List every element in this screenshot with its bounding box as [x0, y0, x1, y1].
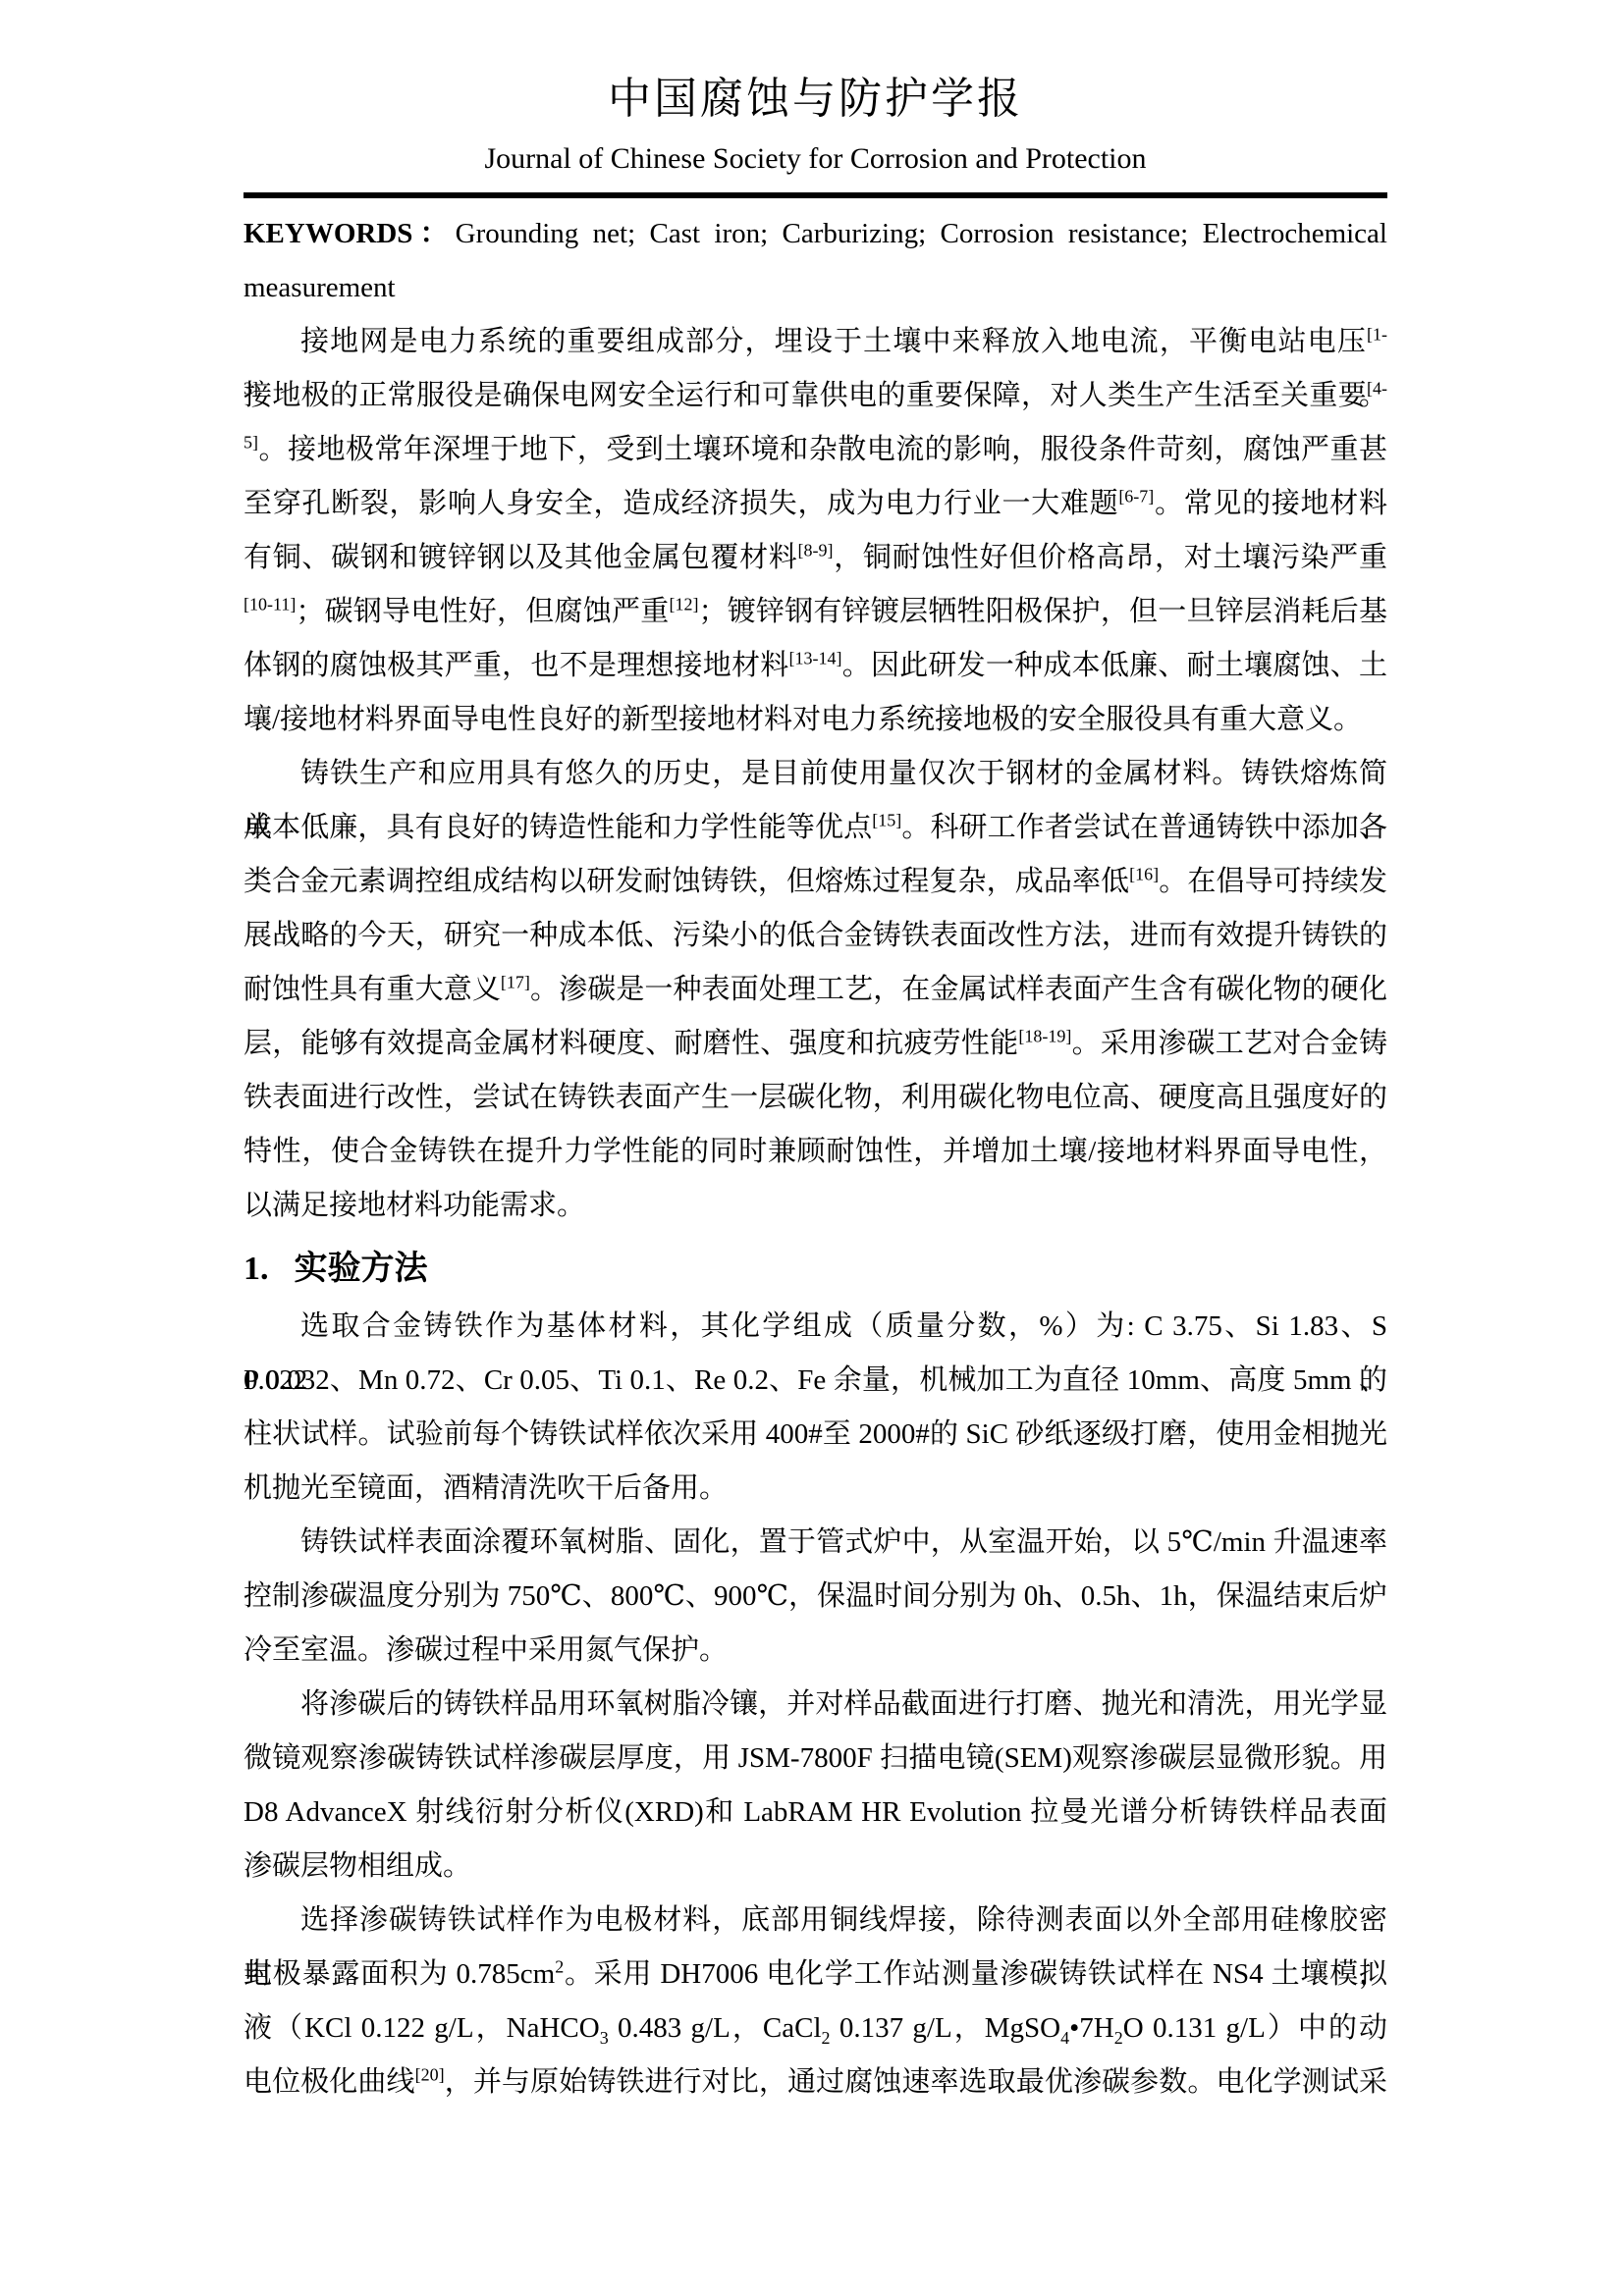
- citation-or-formula-mark: 2: [1114, 2028, 1123, 2048]
- text-segment: 铸铁试样表面涂覆环氧树脂、固化，置于管式炉中，从室温开始，以 5℃/min 升温…: [300, 1526, 1387, 1558]
- page-content: 中国腐蚀与防护学报 Journal of Chinese Society for…: [244, 74, 1387, 2109]
- text-segment: ，铜耐蚀性好但价格高昂，对土壤污染严重: [833, 542, 1387, 573]
- citation-or-formula-mark: 4: [1060, 2028, 1069, 2048]
- text-segment: 体钢的腐蚀极其严重，也不是理想接地材料: [244, 650, 789, 681]
- intro-cast-iron-line: 耐蚀性具有重大意义[17]。渗碳是一种表面处理工艺，在金属试样表面产生含有碳化物…: [244, 963, 1387, 1017]
- text-segment: 以满足接地材料功能需求。: [244, 1190, 585, 1221]
- method-material-line: 柱状试样。试验前每个铸铁试样依次采用 400#至 2000#的 SiC 砂纸逐级…: [244, 1408, 1387, 1462]
- intro-cast-iron-line: 成本低廉，具有良好的铸造性能和力学性能等优点[15]。科研工作者尝试在普通铸铁中…: [244, 801, 1387, 855]
- text-segment: 展战略的今天，研究一种成本低、污染小的低合金铸铁表面改性方法，进而有效提升铸铁的: [244, 920, 1387, 951]
- citation-or-formula-mark: [8-9]: [798, 540, 834, 560]
- citation-or-formula-mark: [17]: [501, 972, 530, 991]
- intro-cast-iron-line: 展战略的今天，研究一种成本低、污染小的低合金铸铁表面改性方法，进而有效提升铸铁的: [244, 909, 1387, 963]
- citation-or-formula-mark: [18-19]: [1018, 1026, 1071, 1045]
- text-segment: 层，能够有效提高金属材料硬度、耐磨性、强度和抗疲劳性能: [244, 1028, 1018, 1059]
- text-segment: 液（KCl 0.122 g/L，NaHCO: [244, 2012, 600, 2044]
- text-segment: 0.137 g/L，MgSO: [831, 2012, 1061, 2044]
- text-segment: KEYWORDS：: [244, 218, 456, 249]
- text-segment: D8 AdvanceX 射线衍射分析仪(XRD)和 LabRAM HR Evol…: [244, 1796, 1387, 1828]
- citation-or-formula-mark: 3: [600, 2028, 609, 2048]
- text-segment: 微镜观察渗碳铸铁试样渗碳层厚度，用 JSM-7800F 扫描电镜(SEM)观察渗…: [244, 1742, 1387, 1774]
- keywords-line: measurement: [244, 261, 1387, 315]
- method-characterization-line: 渗碳层物相组成。: [244, 1840, 1387, 1894]
- method-material-line: 选取合金铸铁作为基体材料，其化学组成（质量分数，%）为: C 3.75、Si 1…: [244, 1300, 1387, 1354]
- text-segment: 。接地极常年深埋于地下，受到土壤环境和杂散电流的影响，服役条件苛刻，腐蚀严重甚: [258, 434, 1387, 465]
- method-electrochemical-line: 电位极化曲线[20]，并与原始铸铁进行对比，通过腐蚀速率选取最优渗碳参数。电化学…: [244, 2056, 1387, 2109]
- text-segment: ；碳钢导电性好，但腐蚀严重: [296, 596, 669, 627]
- text-segment: Grounding net; Cast iron; Carburizing; C…: [456, 218, 1387, 249]
- document-body: KEYWORDS：Grounding net; Cast iron; Carbu…: [244, 207, 1387, 2109]
- citation-or-formula-mark: 5]: [244, 432, 258, 452]
- intro-grounding-line: 接地网是电力系统的重要组成部分，埋设于土壤中来释放入地电流，平衡电站电压[1-3…: [244, 315, 1387, 369]
- text-segment: 铁表面进行改性，尝试在铸铁表面产生一层碳化物，利用碳化物电位高、硬度高且强度好的: [244, 1082, 1387, 1113]
- header-rule: [244, 192, 1387, 198]
- intro-cast-iron-line: 类合金元素调控组成结构以研发耐蚀铸铁，但熔炼过程复杂，成品率低[16]。在倡导可…: [244, 855, 1387, 909]
- method-carburizing-line: 铸铁试样表面涂覆环氧树脂、固化，置于管式炉中，从室温开始，以 5℃/min 升温…: [244, 1516, 1387, 1570]
- text-segment: 成本低廉，具有良好的铸造性能和力学性能等优点: [244, 812, 872, 843]
- text-segment: 0.483 g/L，CaCl: [609, 2012, 822, 2044]
- text-segment: ；镀锌钢有锌镀层牺牲阳极保护，但一旦锌层消耗后基: [698, 596, 1387, 627]
- intro-grounding-line: 体钢的腐蚀极其严重，也不是理想接地材料[13-14]。因此研发一种成本低廉、耐土…: [244, 639, 1387, 693]
- text-segment: 有铜、碳钢和镀锌钢以及其他金属包覆材料: [244, 542, 798, 573]
- text-segment: 至穿孔断裂，影响人身安全，造成经济损失，成为电力行业一大难题: [244, 488, 1118, 519]
- citation-or-formula-mark: [6-7]: [1118, 486, 1154, 506]
- section-heading: 1.实验方法: [244, 1241, 1387, 1298]
- intro-cast-iron-line: 铸铁生产和应用具有悠久的历史，是目前使用量仅次于钢材的金属材料。铸铁熔炼简单、: [244, 747, 1387, 801]
- intro-grounding-line: [10-11]；碳钢导电性好，但腐蚀严重[12]；镀锌钢有锌镀层牺牲阳极保护，但…: [244, 585, 1387, 639]
- text-segment: 。常见的接地材料: [1154, 488, 1387, 519]
- text-segment: 电极暴露面积为 0.785cm: [244, 1958, 555, 1990]
- keywords-line: KEYWORDS：Grounding net; Cast iron; Carbu…: [244, 207, 1387, 261]
- intro-grounding-line: 有铜、碳钢和镀锌钢以及其他金属包覆材料[8-9]，铜耐蚀性好但价格高昂，对土壤污…: [244, 531, 1387, 585]
- citation-or-formula-mark: [15]: [872, 810, 901, 829]
- scanned-paper-page: 中国腐蚀与防护学报 Journal of Chinese Society for…: [0, 0, 1624, 2296]
- text-segment: 柱状试样。试验前每个铸铁试样依次采用 400#至 2000#的 SiC 砂纸逐级…: [244, 1418, 1387, 1450]
- citation-or-formula-mark: [20]: [415, 2064, 445, 2084]
- intro-cast-iron-line: 特性，使合金铸铁在提升力学性能的同时兼顾耐蚀性，并增加土壤/接地材料界面导电性，: [244, 1125, 1387, 1179]
- text-segment: 。科研工作者尝试在普通铸铁中添加各: [901, 812, 1387, 843]
- intro-cast-iron-line: 以满足接地材料功能需求。: [244, 1179, 1387, 1233]
- citation-or-formula-mark: [16]: [1129, 864, 1159, 883]
- text-segment: 电位极化曲线: [244, 2066, 415, 2098]
- method-electrochemical-line: 电极暴露面积为 0.785cm2。采用 DH7006 电化学工作站测量渗碳铸铁试…: [244, 1948, 1387, 2002]
- method-electrochemical-line: 液（KCl 0.122 g/L，NaHCO3 0.483 g/L，CaCl2 0…: [244, 2002, 1387, 2056]
- method-material-line: 机抛光至镜面，酒精清洗吹干后备用。: [244, 1462, 1387, 1516]
- citation-or-formula-mark: 2: [555, 1956, 564, 1976]
- text-segment: 。在倡导可持续发: [1159, 866, 1387, 897]
- text-segment: 。渗碳是一种表面处理工艺，在金属试样表面产生含有碳化物的硬化: [530, 974, 1387, 1005]
- method-characterization-line: D8 AdvanceX 射线衍射分析仪(XRD)和 LabRAM HR Evol…: [244, 1786, 1387, 1840]
- text-segment: 机抛光至镜面，酒精清洗吹干后备用。: [244, 1472, 728, 1504]
- method-characterization-line: 将渗碳后的铸铁样品用环氧树脂冷镶，并对样品截面进行打磨、抛光和清洗，用光学显: [244, 1678, 1387, 1732]
- method-electrochemical-line: 选择渗碳铸铁试样作为电极材料，底部用铜线焊接，除待测表面以外全部用硅橡胶密封，: [244, 1894, 1387, 1948]
- method-characterization-line: 微镜观察渗碳铸铁试样渗碳层厚度，用 JSM-7800F 扫描电镜(SEM)观察渗…: [244, 1732, 1387, 1786]
- text-segment: 类合金元素调控组成结构以研发耐蚀铸铁，但熔炼过程复杂，成品率低: [244, 866, 1129, 897]
- section-number: 1.: [244, 1251, 269, 1287]
- method-material-line: P 0.032、Mn 0.72、Cr 0.05、Ti 0.1、Re 0.2、Fe…: [244, 1354, 1387, 1408]
- text-segment: 控制渗碳温度分别为 750℃、800℃、900℃，保温时间分别为 0h、0.5h…: [244, 1580, 1387, 1612]
- intro-grounding-line: 壤/接地材料界面导电性良好的新型接地材料对电力系统接地极的安全服役具有重大意义。: [244, 693, 1387, 747]
- intro-grounding-line: 5]。接地极常年深埋于地下，受到土壤环境和杂散电流的影响，服役条件苛刻，腐蚀严重…: [244, 423, 1387, 477]
- text-segment: 。因此研发一种成本低廉、耐土壤腐蚀、土: [841, 650, 1387, 681]
- text-segment: measurement: [244, 272, 396, 303]
- intro-cast-iron-line: 铁表面进行改性，尝试在铸铁表面产生一层碳化物，利用碳化物电位高、硬度高且强度好的: [244, 1071, 1387, 1125]
- text-segment: 特性，使合金铸铁在提升力学性能的同时兼顾耐蚀性，并增加土壤/接地材料界面导电性，: [244, 1136, 1387, 1167]
- method-carburizing-line: 控制渗碳温度分别为 750℃、800℃、900℃，保温时间分别为 0h、0.5h…: [244, 1570, 1387, 1624]
- text-segment: 耐蚀性具有重大意义: [244, 974, 501, 1005]
- section-title: 实验方法: [295, 1251, 428, 1287]
- method-carburizing-line: 冷至室温。渗碳过程中采用氮气保护。: [244, 1624, 1387, 1678]
- text-segment: 冷至室温。渗碳过程中采用氮气保护。: [244, 1634, 728, 1666]
- citation-or-formula-mark: [12]: [669, 594, 698, 614]
- text-segment: 。采用渗碳工艺对合金铸: [1071, 1028, 1387, 1059]
- text-segment: 接地极的正常服役是确保电网安全运行和可靠供电的重要保障，对人类生产生活至关重要: [244, 380, 1367, 411]
- citation-or-formula-mark: [10-11]: [244, 594, 296, 614]
- text-segment: 接地网是电力系统的重要组成部分，埋设于土壤中来释放入地电流，平衡电站电压: [300, 326, 1367, 357]
- journal-title-en: Journal of Chinese Society for Corrosion…: [244, 140, 1387, 178]
- citation-or-formula-mark: 2: [822, 2028, 831, 2048]
- intro-grounding-line: 接地极的正常服役是确保电网安全运行和可靠供电的重要保障，对人类生产生活至关重要[…: [244, 369, 1387, 423]
- text-segment: 渗碳层物相组成。: [244, 1850, 471, 1882]
- text-segment: 将渗碳后的铸铁样品用环氧树脂冷镶，并对样品截面进行打磨、抛光和清洗，用光学显: [300, 1688, 1387, 1720]
- citation-or-formula-mark: [13-14]: [789, 648, 842, 667]
- text-segment: 。采用 DH7006 电化学工作站测量渗碳铸铁试样在 NS4 土壤模拟: [564, 1958, 1387, 1990]
- text-segment: 壤/接地材料界面导电性良好的新型接地材料对电力系统接地极的安全服役具有重大意义。: [244, 704, 1362, 735]
- text-segment: P 0.032、Mn 0.72、Cr 0.05、Ti 0.1、Re 0.2、Fe…: [244, 1364, 1387, 1396]
- intro-cast-iron-line: 层，能够有效提高金属材料硬度、耐磨性、强度和抗疲劳性能[18-19]。采用渗碳工…: [244, 1017, 1387, 1071]
- intro-grounding-line: 至穿孔断裂，影响人身安全，造成经济损失，成为电力行业一大难题[6-7]。常见的接…: [244, 477, 1387, 531]
- text-segment: ，并与原始铸铁进行对比，通过腐蚀速率选取最优渗碳参数。电化学测试采: [445, 2066, 1387, 2098]
- text-segment: •7H: [1069, 2012, 1114, 2044]
- citation-or-formula-mark: [4-: [1367, 378, 1387, 398]
- text-segment: O 0.131 g/L）中的动: [1123, 2012, 1387, 2044]
- journal-title-cn: 中国腐蚀与防护学报: [244, 74, 1387, 125]
